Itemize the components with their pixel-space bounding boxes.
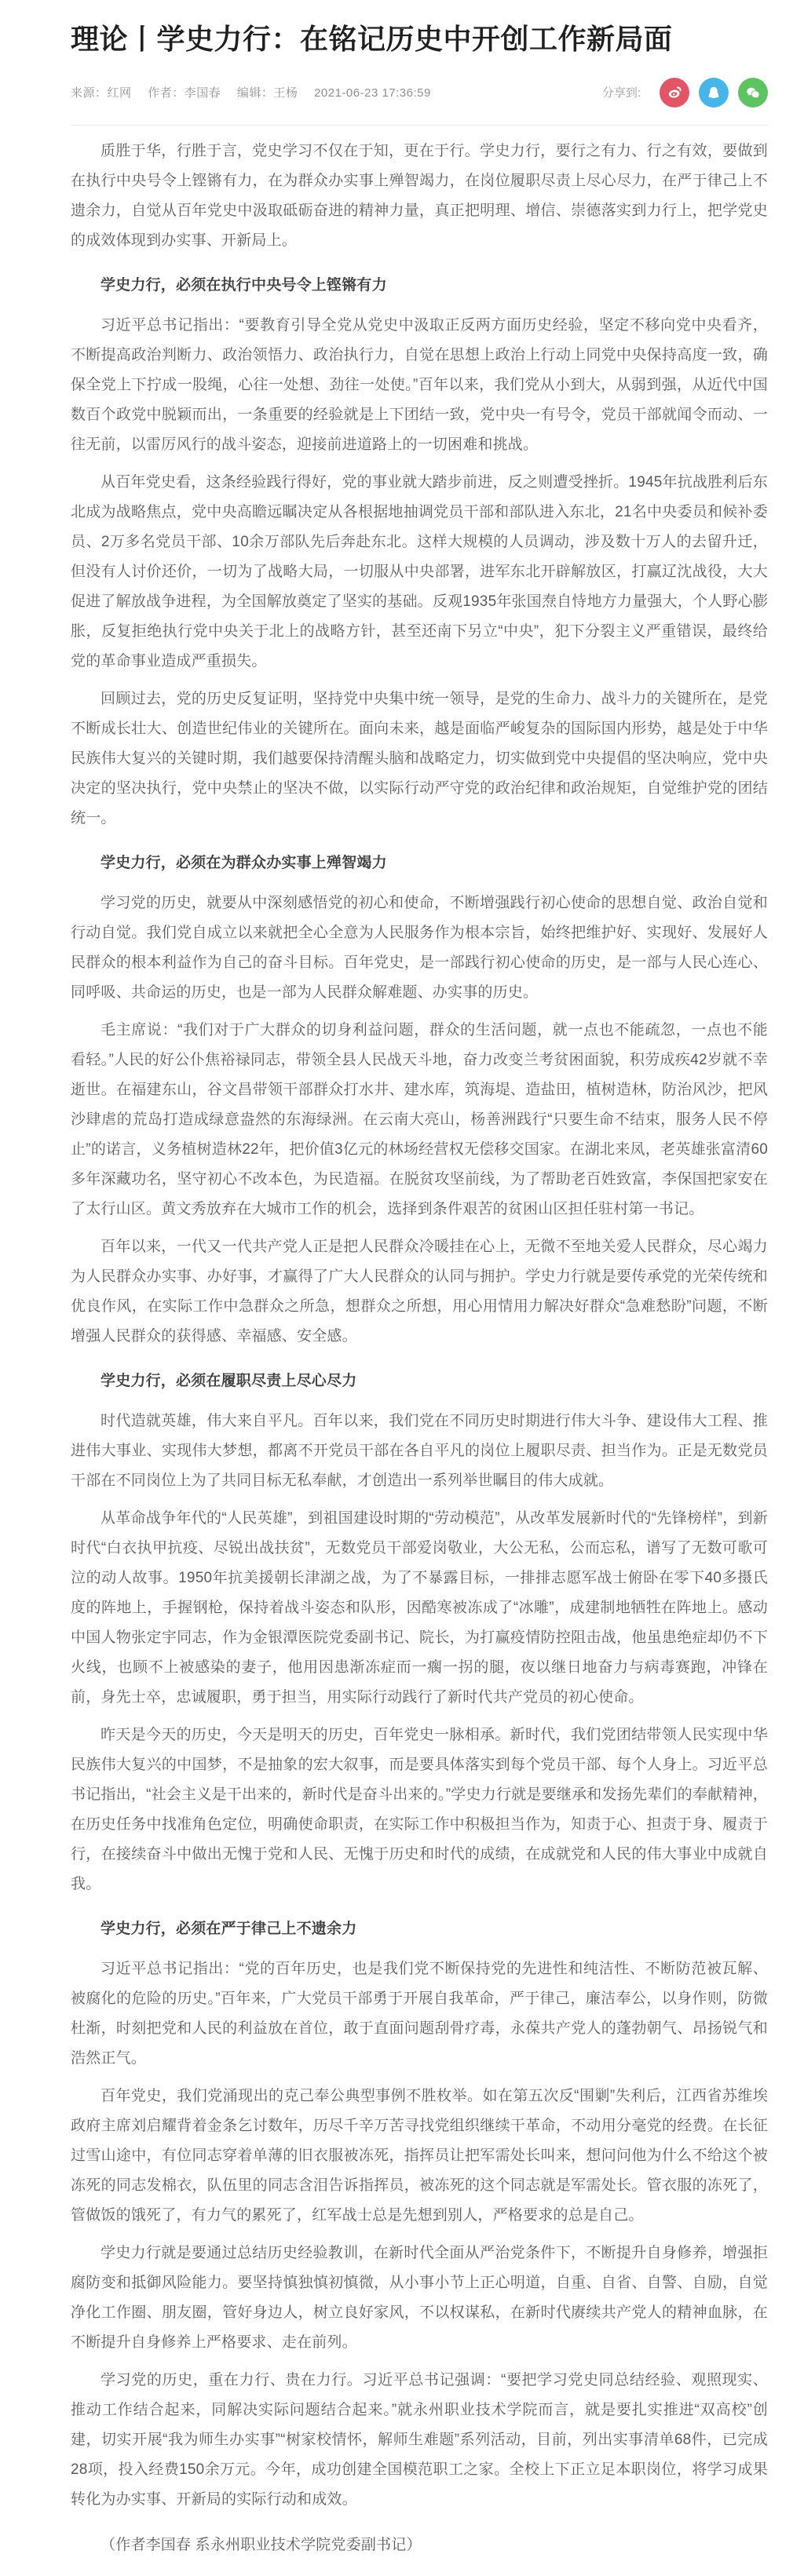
body-paragraph: 学史力行就是要通过总结历史经验教训，在新时代全面从严治党条件下，不断提升自身修养… bbox=[71, 2238, 768, 2358]
body-paragraph: 毛主席说：“我们对于广大群众的切身利益问题，群众的生活问题，就一点也不能疏忽，一… bbox=[71, 1016, 768, 1224]
article-body: 质胜于华，行胜于言，党史学习不仅在于知，更在于行。学史力行，要行之有力、行之有效… bbox=[71, 126, 768, 2560]
meta-datetime: 2021-06-23 17:36:59 bbox=[314, 86, 431, 100]
body-paragraph: 习近平总书记指出：“党的百年历史，也是我们党不断保持党的先进性和纯洁性、不断防范… bbox=[71, 1954, 768, 2074]
weibo-share-button[interactable] bbox=[660, 78, 689, 108]
share-box: 分享到: bbox=[602, 78, 768, 108]
body-paragraph: 百年以来，一代又一代共产党人正是把人民群众冷暖挂在心上，无微不至地关爱人民群众，… bbox=[71, 1232, 768, 1352]
wechat-share-button[interactable] bbox=[738, 78, 768, 108]
meta-editor: 编辑：王杨 bbox=[237, 86, 298, 100]
body-paragraph: 习近平总书记指出：“要教育引导全党从党史中汲取正反两方面历史经验，坚定不移向党中… bbox=[71, 311, 768, 460]
section-heading: 学史力行，必须在执行中央号令上铿锵有力 bbox=[71, 275, 768, 297]
section-heading: 学史力行，必须在严于律己上不遗余力 bbox=[71, 1918, 768, 1940]
body-paragraph: 百年党史，我们党涌现出的克己奉公典型事例不胜枚举。如在第五次反“围剿”失利后，江… bbox=[71, 2082, 768, 2231]
section-heading: 学史力行，必须在为群众办实事上殚智竭力 bbox=[71, 852, 768, 874]
body-paragraph: 昨天是今天的历史，今天是明天的历史，百年党史一脉相承。新时代，我们党团结带领人民… bbox=[71, 1720, 768, 1899]
meta-source: 来源：红网 bbox=[71, 86, 132, 100]
section-heading: 学史力行，必须在履职尽责上尽心尽力 bbox=[71, 1370, 768, 1392]
body-paragraph: 回顾过去，党的历史反复证明，坚持党中央集中统一领导，是党的生命力、战斗力的关键所… bbox=[71, 684, 768, 834]
body-paragraph: 质胜于华，行胜于言，党史学习不仅在于知，更在于行。学史力行，要行之有力、行之有效… bbox=[71, 137, 768, 256]
body-paragraph: （作者李国春 系永州职业技术学院党委副书记） bbox=[71, 2530, 768, 2560]
body-paragraph: 学习党的历史，就要从中深刻感悟党的初心和使命，不断增强践行初心使命的思想自觉、政… bbox=[71, 888, 768, 1008]
wechat-icon bbox=[744, 84, 762, 101]
share-label: 分享到: bbox=[602, 84, 641, 100]
meta-row: 来源：红网 作者：李国春 编辑：王杨 2021-06-23 17:36:59 分… bbox=[71, 78, 768, 108]
qq-icon bbox=[705, 84, 722, 101]
page-title: 理论丨学史力行：在铭记历史中开创工作新局面 bbox=[71, 20, 768, 59]
article-meta: 来源：红网 作者：李国春 编辑：王杨 2021-06-23 17:36:59 bbox=[71, 84, 431, 100]
body-paragraph: 学习党的历史，重在力行、贵在力行。习近平总书记强调：“要把学习党史同总结经验、观… bbox=[71, 2366, 768, 2515]
qq-share-button[interactable] bbox=[699, 78, 729, 108]
meta-author: 作者：李国春 bbox=[148, 86, 221, 100]
body-paragraph: 从百年党史看，这条经验践行得好，党的事业就大踏步前进，反之则遭受挫折。1945年… bbox=[71, 468, 768, 677]
body-paragraph: 时代造就英雄，伟大来自平凡。百年以来，我们党在不同历史时期进行伟大斗争、建设伟大… bbox=[71, 1407, 768, 1496]
body-paragraph: 从革命战争年代的“人民英雄”，到祖国建设时期的“劳动模范”，从改革发展新时代的“… bbox=[71, 1504, 768, 1713]
weibo-icon bbox=[666, 84, 683, 101]
article-page: 理论丨学史力行：在铭记历史中开创工作新局面 来源：红网 作者：李国春 编辑：王杨… bbox=[0, 20, 804, 2576]
